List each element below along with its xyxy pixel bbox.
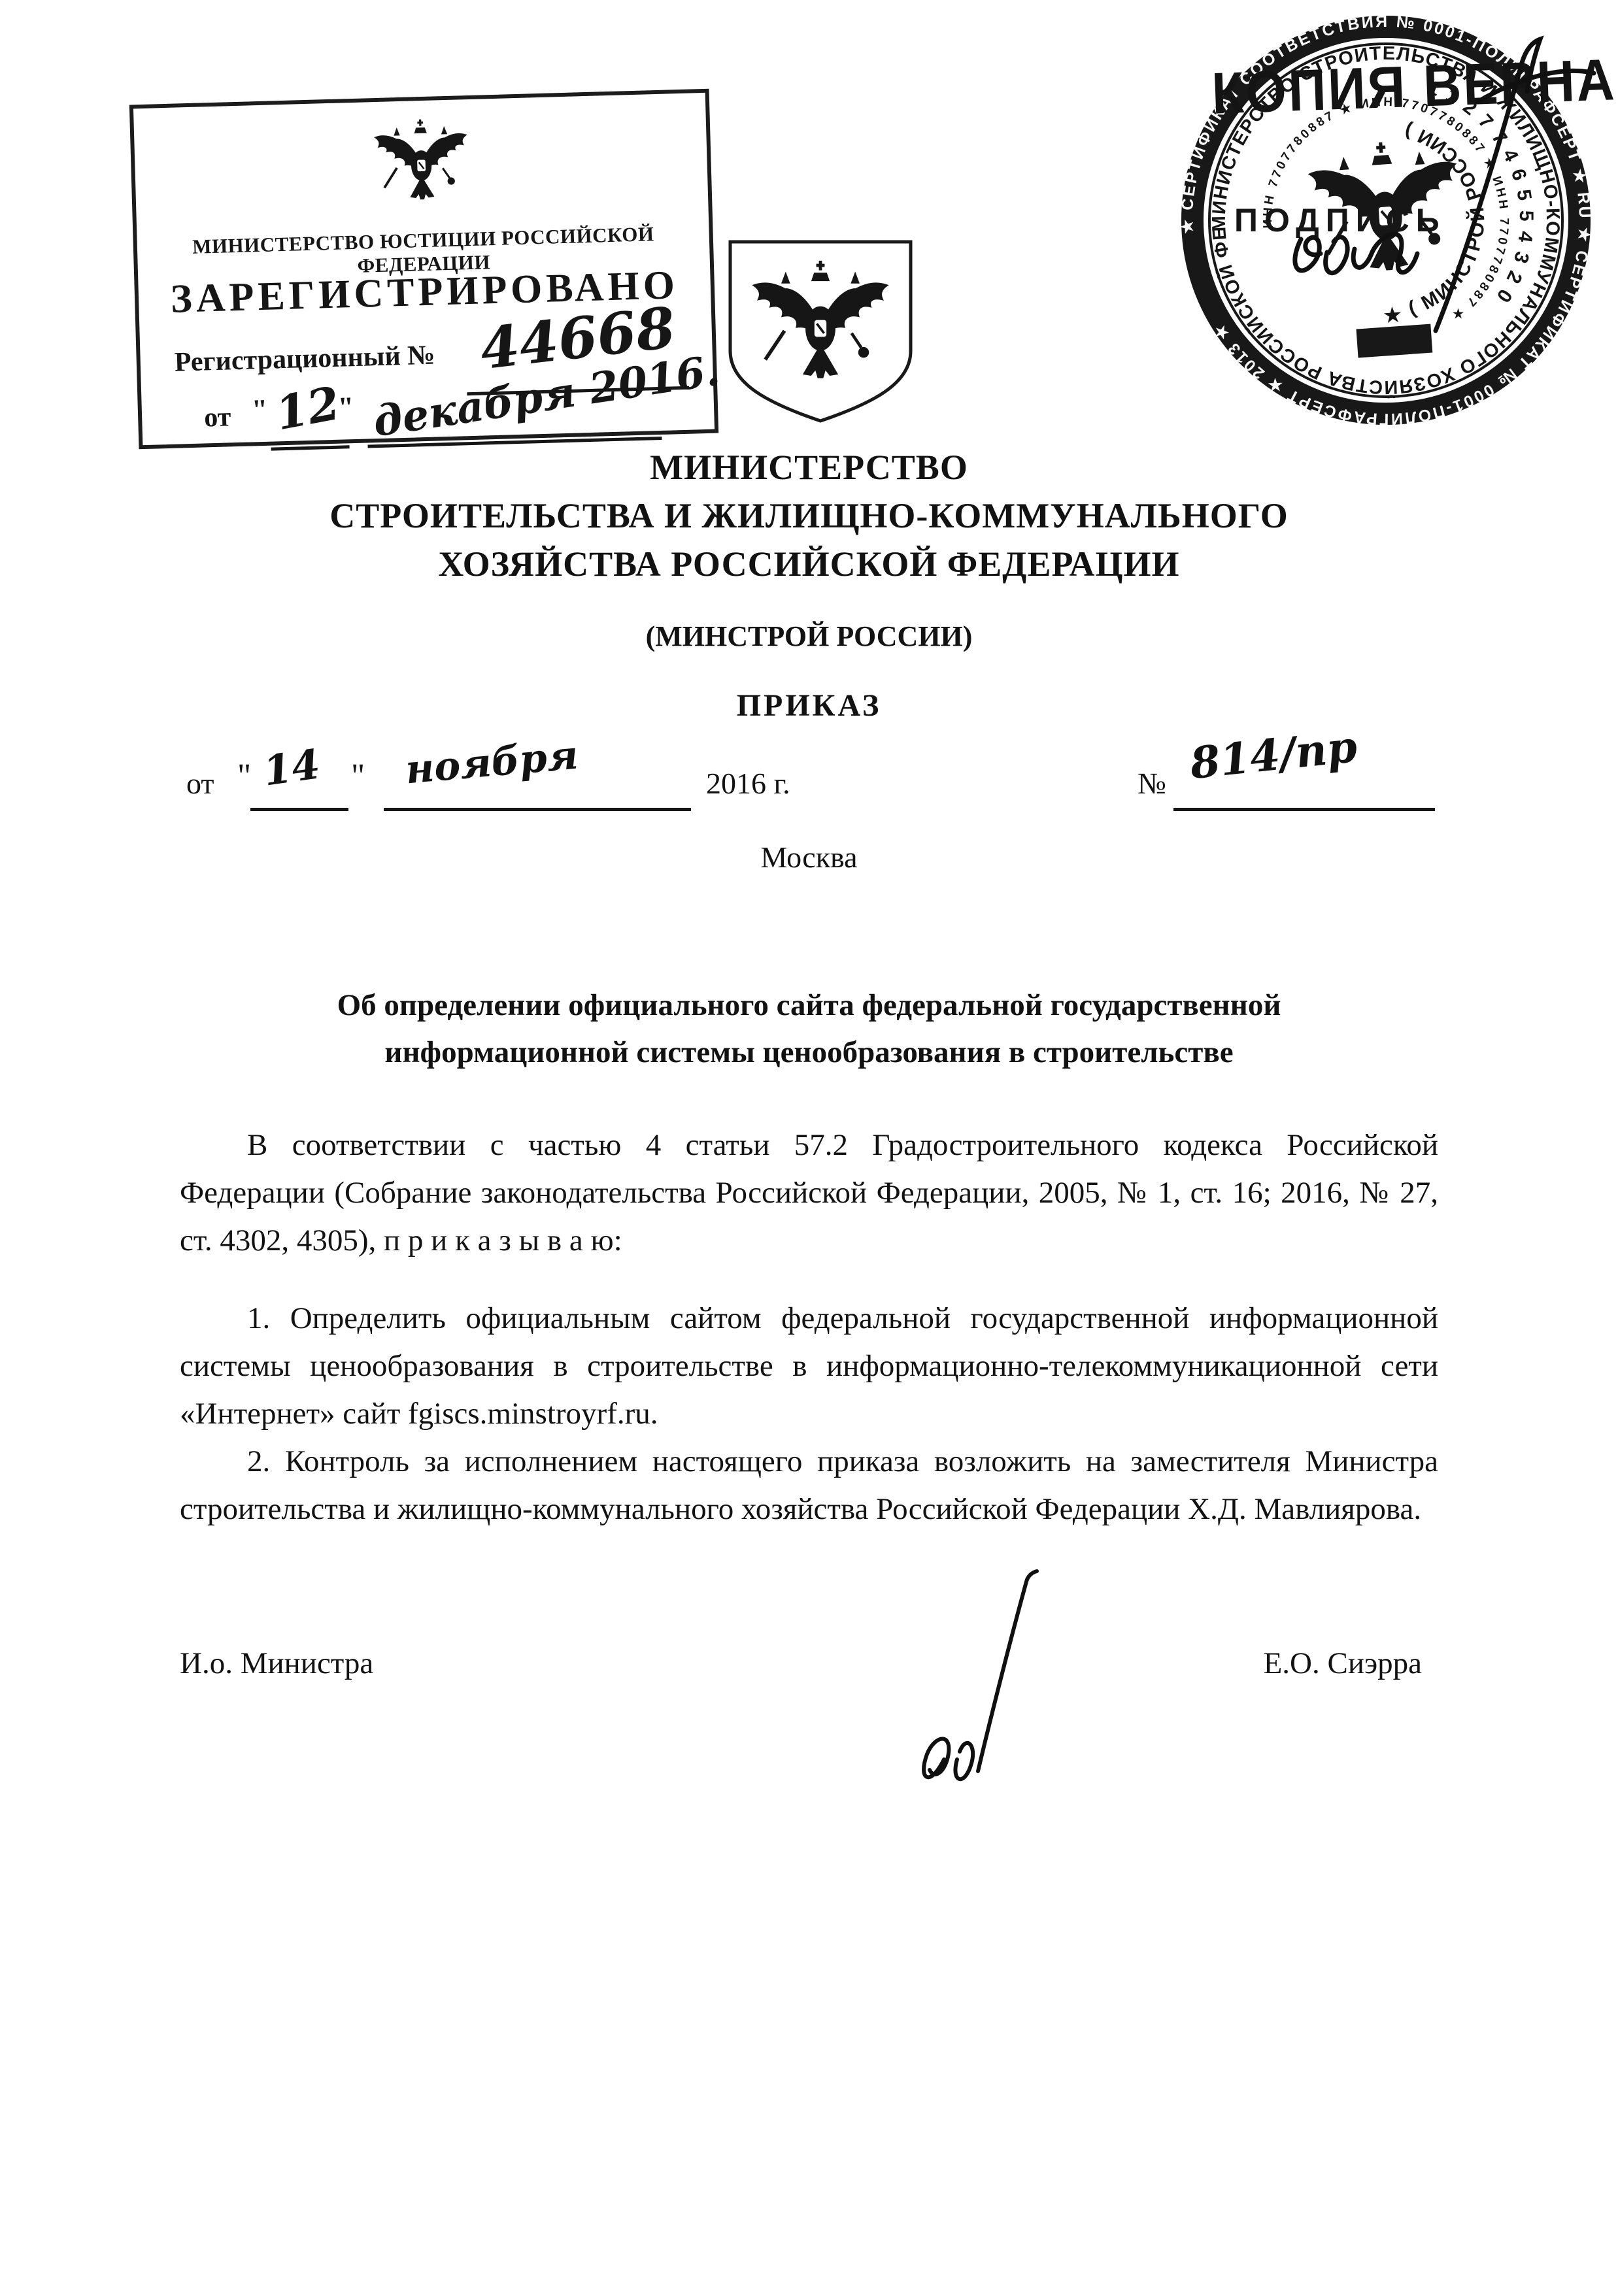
stamp-coat-of-arms-icon	[371, 105, 472, 222]
stamp-reg-number-label: Регистрационный №	[174, 340, 435, 378]
quote-mark: "	[337, 390, 354, 424]
quote-mark: "	[351, 757, 365, 795]
subject-line1: Об определении официального сайта федера…	[180, 982, 1438, 1029]
justice-registration-stamp: МИНИСТЕРСТВО ЮСТИЦИИ РОССИЙСКОЙ ФЕДЕРАЦИ…	[129, 89, 718, 450]
place-name: Москва	[180, 840, 1438, 874]
subject-heading: Об определении официального сайта федера…	[180, 982, 1438, 1076]
document-body: В соответствии с частью 4 статьи 57.2 Гр…	[180, 1122, 1438, 1533]
order-item-2: 2. Контроль за исполнением настоящего пр…	[180, 1438, 1438, 1533]
ministry-short-name: (МИНСТРОЙ РОССИИ)	[180, 620, 1438, 653]
document-page: МИНИСТЕРСТВО ЮСТИЦИИ РОССИЙСКОЙ ФЕДЕРАЦИ…	[0, 0, 1618, 2296]
paragraph-intro: В соответствии с частью 4 статьи 57.2 Гр…	[180, 1122, 1438, 1265]
signer-name: Е.О. Сиэрра	[1264, 1646, 1422, 1681]
issue-date-prefix: от	[186, 766, 214, 801]
issue-date-year: 2016 г.	[706, 766, 790, 801]
stamp-date-day: 12	[271, 376, 344, 441]
document-number-label: №	[1138, 766, 1166, 801]
stamp-date-prefix: от	[204, 401, 231, 433]
signer-position: И.о. Министра	[180, 1646, 373, 1681]
subject-line2: информационной системы ценообразования в…	[180, 1029, 1438, 1076]
ministry-name-block: МИНИСТЕРСТВО СТРОИТЕЛЬСТВА И ЖИЛИЩНО-КОМ…	[180, 443, 1438, 588]
day-underline	[250, 808, 348, 811]
issue-date-day: 14	[260, 740, 323, 795]
date-number-row: от " 14 " ноября 2016 г. № 814/пр	[180, 752, 1438, 830]
ministry-name-line2: СТРОИТЕЛЬСТВА И ЖИЛИЩНО-КОММУНАЛЬНОГО	[180, 491, 1438, 540]
verification-signature	[1281, 24, 1608, 390]
ministry-emblem	[722, 237, 919, 426]
minister-signature	[910, 1563, 1047, 1792]
number-underline	[1173, 808, 1435, 811]
month-underline	[384, 808, 691, 811]
quote-mark: "	[251, 393, 268, 427]
document-number-value: 814/пр	[1188, 721, 1360, 789]
order-item-1: 1. Определить официальным сайтом федерал…	[180, 1295, 1438, 1438]
quote-mark: "	[237, 757, 251, 795]
document-type-title: ПРИКАЗ	[180, 688, 1438, 724]
issue-date-month: ноября	[403, 733, 580, 793]
ministry-name-line1: МИНИСТЕРСТВО	[180, 443, 1438, 491]
ministry-name-line3: ХОЗЯЙСТВА РОССИЙСКОЙ ФЕДЕРАЦИИ	[180, 540, 1438, 588]
